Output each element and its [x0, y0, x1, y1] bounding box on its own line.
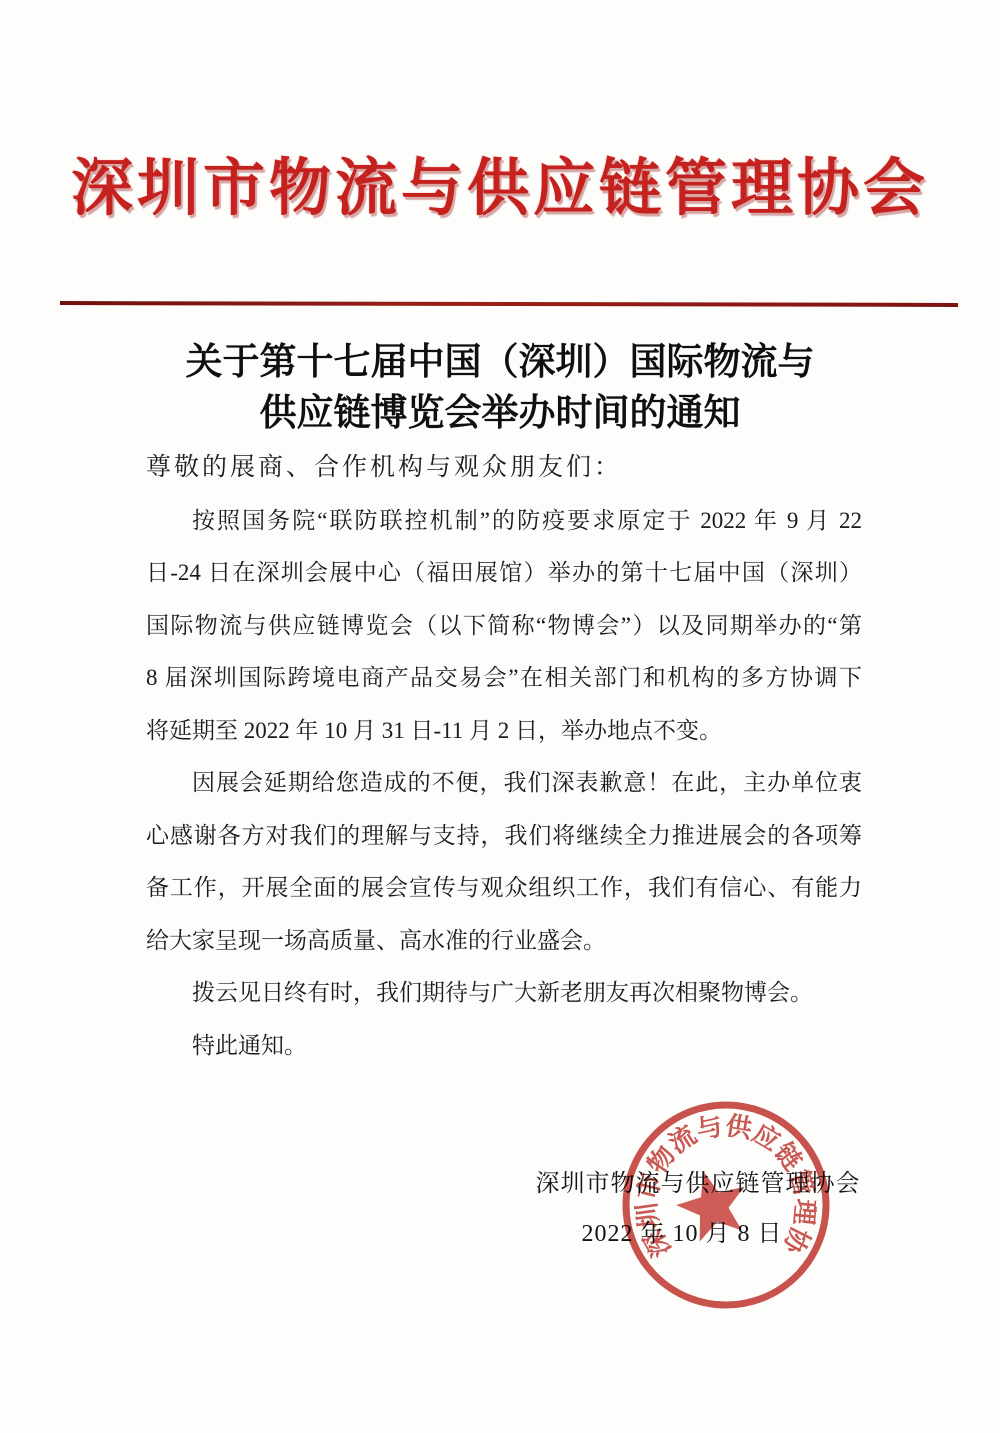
notice-title-line1: 关于第十七届中国（深圳）国际物流与	[186, 342, 815, 383]
body-line: 给大家呈现一场高质量、高水准的行业盛会。	[146, 915, 862, 968]
body-line: 特此通知。	[146, 1020, 862, 1073]
red-star-icon	[676, 1171, 744, 1241]
letterhead-divider-rule	[60, 301, 958, 307]
body-line: 8 届深圳国际跨境电商产品交易会”在相关部门和机构的多方协调下	[146, 652, 862, 705]
body-line: 拨云见日终有时，我们期待与广大新老朋友再次相聚物博会。	[146, 967, 862, 1020]
body-line: 心感谢各方对我们的理解与支持，我们将继续全力推进展会的各项筹	[146, 810, 862, 863]
body-line: 按照国务院“联防联控机制”的防疫要求原定于 2022 年 9 月 22	[146, 495, 862, 548]
salutation: 尊敬的展商、合作机构与观众朋友们：	[146, 442, 862, 495]
body-line: 将延期至 2022 年 10 月 31 日-11 月 2 日，举办地点不变。	[146, 705, 862, 758]
notice-body: 尊敬的展商、合作机构与观众朋友们： 按照国务院“联防联控机制”的防疫要求原定于 …	[146, 442, 862, 1072]
official-seal: 深圳市物流与供应链管理协会	[609, 1088, 843, 1322]
body-line: 国际物流与供应链博览会（以下简称“物博会”）以及同期举办的“第	[146, 600, 862, 653]
body-line: 日-24 日在深圳会展中心（福田展馆）举办的第十七届中国（深圳）	[146, 547, 862, 600]
body-line: 因展会延期给您造成的不便，我们深表歉意！在此，主办单位衷	[146, 757, 862, 810]
notice-title: 关于第十七届中国（深圳）国际物流与 供应链博览会举办时间的通知	[100, 337, 900, 439]
body-line: 备工作，开展全面的展会宣传与观众组织工作，我们有信心、有能力	[146, 862, 862, 915]
letterhead-org-name: 深圳市物流与供应链管理协会	[0, 138, 1000, 227]
notice-title-line2: 供应链博览会举办时间的通知	[260, 393, 741, 434]
notice-document: 深圳市物流与供应链管理协会 关于第十七届中国（深圳）国际物流与 供应链博览会举办…	[0, 0, 1000, 1433]
